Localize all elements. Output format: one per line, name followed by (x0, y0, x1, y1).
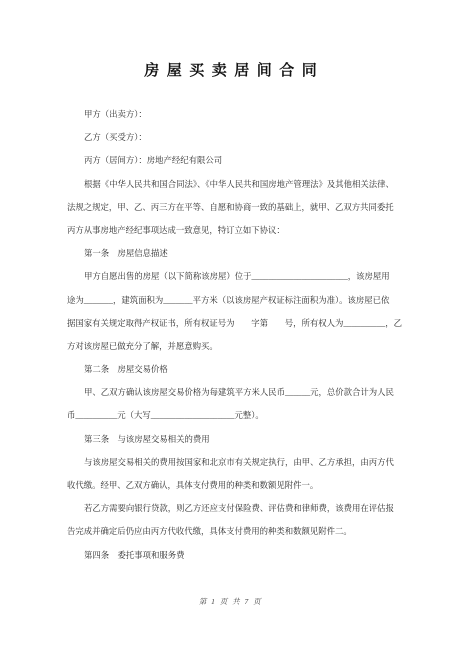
document-line: 告完成并确定后仍应由丙方代收代缴，具体支付费用的种类和数额见附件二。 (67, 520, 397, 543)
document-line: 乙方（买受方）： (67, 126, 397, 149)
page-title: 房屋买卖居间合同 (0, 59, 461, 80)
document-line: 甲方自愿出售的房屋（以下简称该房屋）位于____________________… (67, 265, 397, 288)
document-line: 收代缴。经甲、乙双方确认，具体支付费用的种类和数额见附件一。 (67, 474, 397, 497)
document-line: 丙方从事房地产经纪事项达成一致意见，特订立如下协议： (67, 219, 397, 242)
section-heading: 第二条 房屋交易价格 (67, 358, 397, 381)
document-line: 法规之规定，甲、乙、丙三方在平等、自愿和协商一致的基础上，就甲、乙双方共同委托 (67, 196, 397, 219)
document-line: 根据《中华人民共和国合同法》、《中华人民共和国房地产管理法》及其他相关法律、 (67, 173, 397, 196)
page-footer: 第 1 页 共 7 页 (0, 596, 461, 607)
document-line: 甲方（出卖方）： (67, 103, 397, 126)
document-line: 据国家有关规定取得产权证书，所有权证号为 字第 号，所有权人为_________… (67, 312, 397, 335)
document-line: 丙方（居间方）：房地产经纪有限公司 (67, 149, 397, 172)
document-body: 甲方（出卖方）：乙方（买受方）：丙方（居间方）：房地产经纪有限公司根据《中华人民… (67, 103, 397, 567)
document-line: 与该房屋交易相关的费用按国家和北京市有关规定执行，由甲、乙方承担，由丙方代 (67, 451, 397, 474)
section-heading: 第三条 与该房屋交易相关的费用 (67, 428, 397, 451)
document-line: 甲、乙双方确认该房屋交易价格为每建筑平方米人民币______元，总价款合计为人民 (67, 381, 397, 404)
section-heading: 第一条 房屋信息描述 (67, 242, 397, 265)
document-line: 若乙方需要向银行贷款，则乙方还应支付保险费、评估费和律师费，该费用在评估报 (67, 497, 397, 520)
contract-page: 房屋买卖居间合同 甲方（出卖方）：乙方（买受方）：丙方（居间方）：房地产经纪有限… (0, 0, 461, 653)
document-line: 途为_______，建筑面积为_______平方米（以该房屋产权证标注面积为准）… (67, 289, 397, 312)
section-heading: 第四条 委托事项和服务费 (67, 544, 397, 567)
document-line: 币__________元（大写____________________元整）。 (67, 404, 397, 427)
document-line: 方对该房屋已做充分了解，并愿意购买。 (67, 335, 397, 358)
